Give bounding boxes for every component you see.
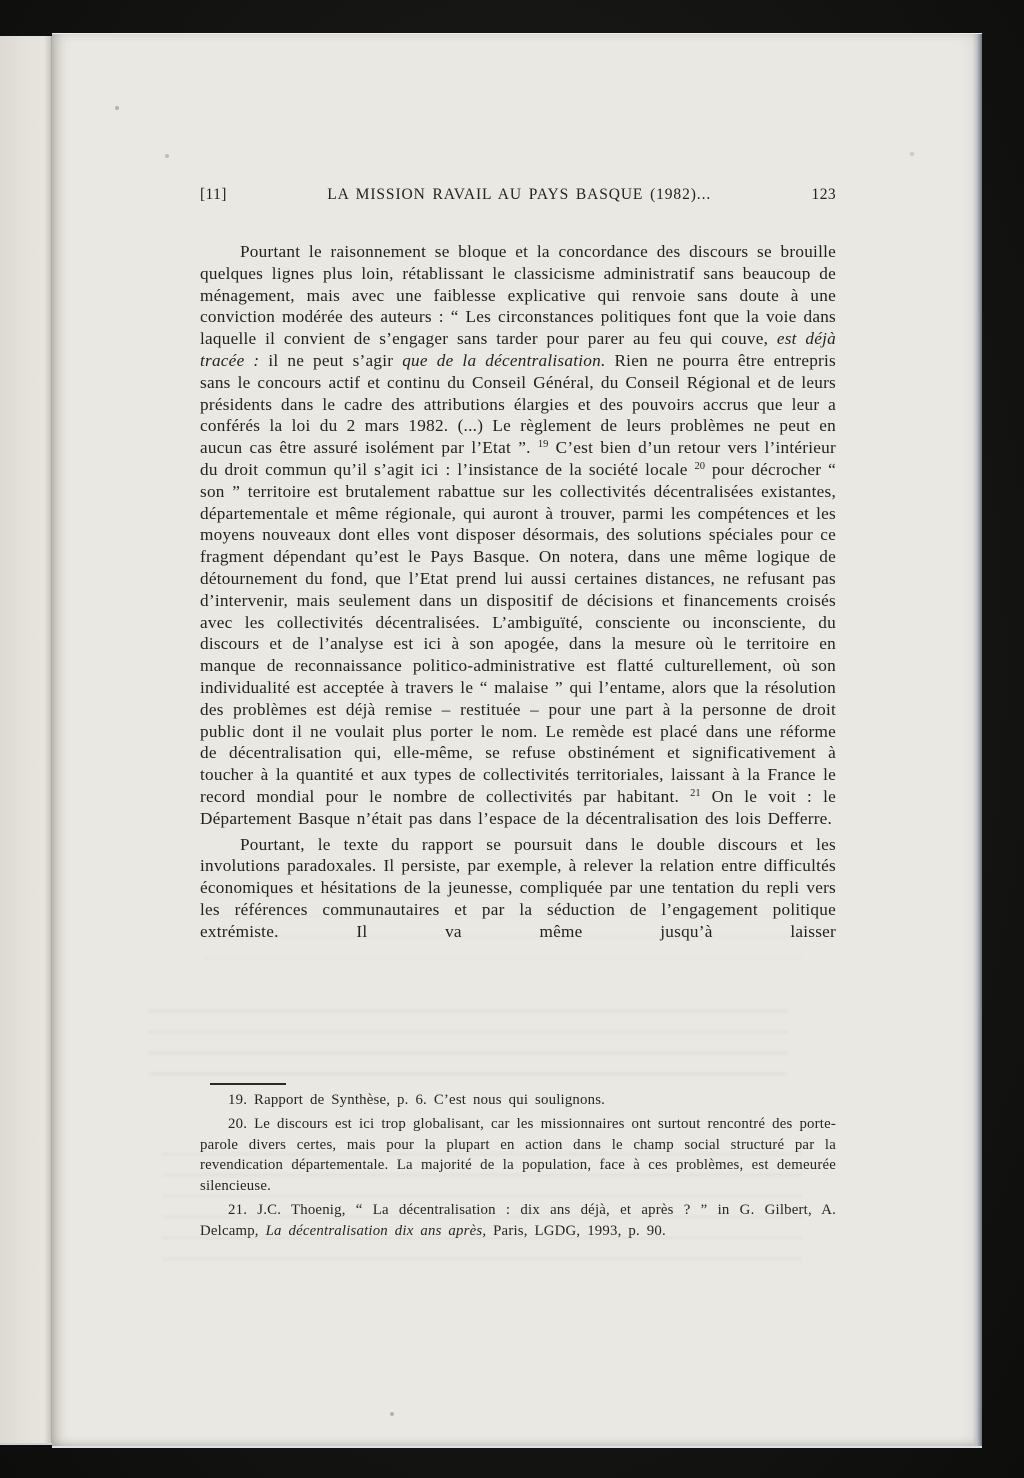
body-run: pour décrocher “ son ” territoire est br…	[200, 460, 836, 806]
page-body: Pourtant le raisonnement se bloque et la…	[200, 241, 836, 943]
paper-speck	[52, 34, 54, 36]
page-number: 123	[812, 186, 836, 204]
footnote-ref-19: 19	[538, 439, 549, 450]
running-title: LA MISSION RAVAIL AU PAYS BASQUE (1982).…	[327, 186, 711, 204]
footnote-20: 20. Le discours est ici trop globalisant…	[200, 1114, 836, 1197]
footnote-ref-21: 21	[690, 788, 701, 799]
book-page: [11]LA MISSION RAVAIL AU PAYS BASQUE (19…	[52, 33, 982, 1448]
ink-showthrough	[148, 1009, 788, 1089]
italic-run: La décentralisation dix ans après,	[266, 1223, 487, 1239]
paragraph-2: Pourtant, le texte du rapport se poursui…	[200, 834, 836, 943]
body-run: il ne peut s’agir	[259, 351, 402, 370]
footnotes: 19. Rapport de Synthèse, p. 6. C’est nou…	[200, 1090, 836, 1245]
body-run: Pourtant le raisonnement se bloque et la…	[200, 242, 836, 348]
italic-run: que de la décentralisation.	[402, 351, 605, 370]
footnote-separator-rule	[210, 1083, 286, 1085]
footnote-ref-20: 20	[695, 461, 706, 472]
footnote-19: 19. Rapport de Synthèse, p. 6. C’est nou…	[200, 1090, 836, 1111]
paragraph-1: Pourtant le raisonnement se bloque et la…	[200, 241, 836, 830]
page-header: [11]LA MISSION RAVAIL AU PAYS BASQUE (19…	[200, 186, 836, 204]
scan-background: [11]LA MISSION RAVAIL AU PAYS BASQUE (19…	[0, 0, 1024, 1478]
page-edge-right	[973, 34, 982, 1446]
adjacent-page-edge	[0, 36, 52, 1445]
folio-marker: [11]	[200, 186, 227, 204]
footnote-21: 21. J.C. Thoenig, “ La décentralisation …	[200, 1200, 836, 1242]
footnote-run: Paris, LGDG, 1993, p. 90.	[486, 1223, 666, 1239]
